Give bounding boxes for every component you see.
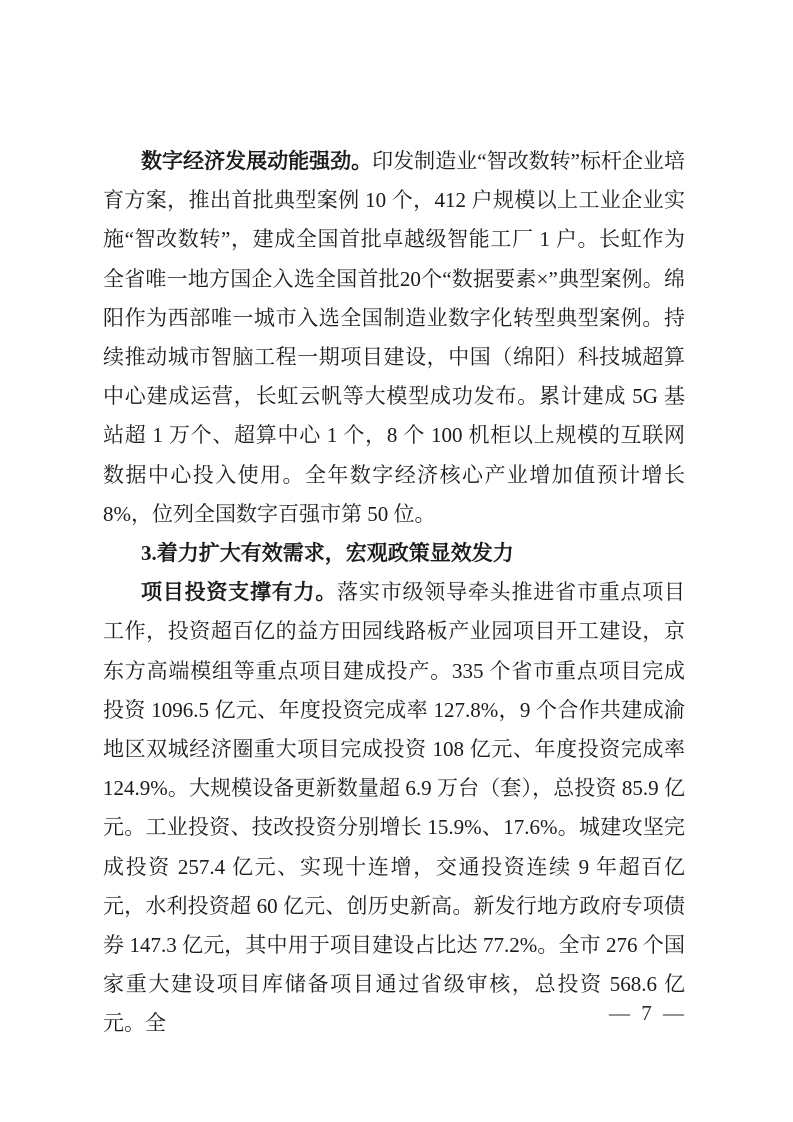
paragraph-body-text: 印发制造业“智改数转”标杆企业培育方案，推出首批典型案例 10 个，412 户规…	[103, 149, 685, 526]
page-content: 数字经济发展动能强劲。印发制造业“智改数转”标杆企业培育方案，推出首批典型案例 …	[103, 142, 685, 1044]
paragraph-digital-economy: 数字经济发展动能强劲。印发制造业“智改数转”标杆企业培育方案，推出首批典型案例 …	[103, 142, 685, 534]
paragraph-body-text: 落实市级领导牵头推进省市重点项目工作，投资超百亿的益方田园线路板产业园项目开工建…	[103, 580, 685, 1035]
paragraph-lead-bold: 数字经济发展动能强劲。	[141, 149, 372, 173]
document-page: 数字经济发展动能强劲。印发制造业“智改数转”标杆企业培育方案，推出首批典型案例 …	[0, 0, 793, 1122]
paragraph-project-investment: 项目投资支撑有力。落实市级领导牵头推进省市重点项目工作，投资超百亿的益方田园线路…	[103, 573, 685, 1043]
page-number: — 7 —	[609, 994, 687, 1033]
paragraph-lead-bold: 项目投资支撑有力。	[141, 580, 337, 604]
section-heading: 3.着力扩大有效需求，宏观政策显效发力	[103, 534, 685, 573]
